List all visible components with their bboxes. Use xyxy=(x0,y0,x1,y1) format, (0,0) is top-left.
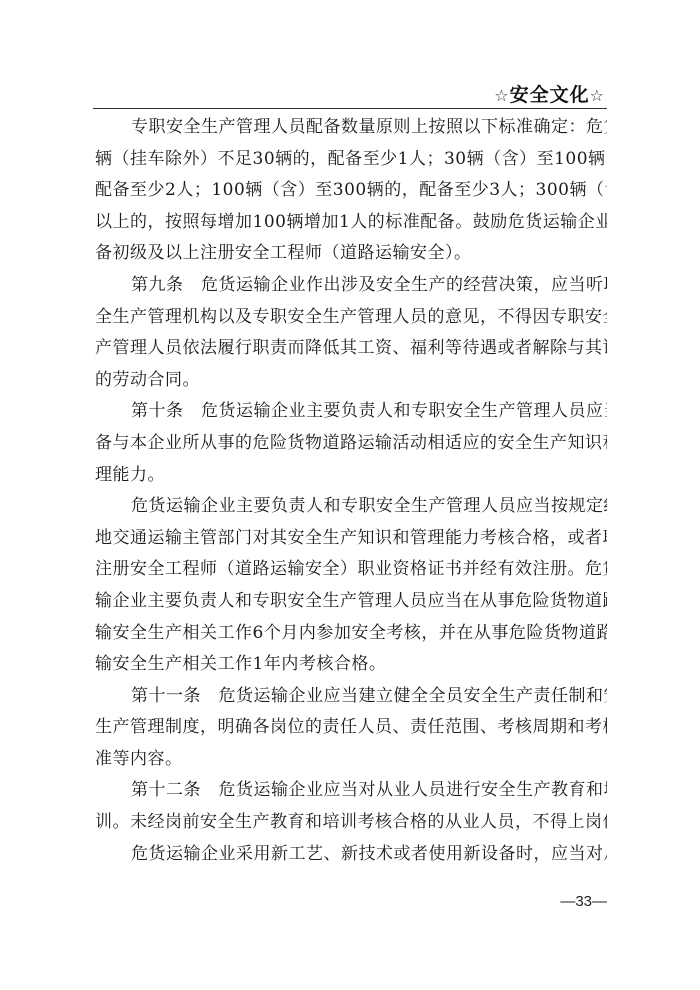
text-line: 备与本企业所从事的危险货物道路运输活动相适应的安全生产知识和管 xyxy=(95,428,607,460)
paragraph: 第十二条 危货运输企业应当对从业人员进行安全生产教育和培训。未经岗前安全生产教育… xyxy=(95,775,607,838)
paragraph: 专职安全生产管理人员配备数量原则上按照以下标准确定：危货车辆（挂车除外）不足30… xyxy=(95,112,607,270)
text-line: 输安全生产相关工作1年内考核合格。 xyxy=(95,649,607,681)
text-line: 备初级及以上注册安全工程师（道路运输安全）。 xyxy=(95,238,607,270)
text-line: 第十条 危货运输企业主要负责人和专职安全生产管理人员应当具 xyxy=(95,396,607,428)
text-line: 产管理人员依法履行职责而降低其工资、福利等待遇或者解除与其订立 xyxy=(95,333,607,365)
text-line: 准等内容。 xyxy=(95,744,607,776)
text-line: 危货运输企业采用新工艺、新技术或者使用新设备时，应当对从业 xyxy=(95,839,607,871)
star-icon: ☆ xyxy=(494,86,509,105)
text-line: 地交通运输主管部门对其安全生产知识和管理能力考核合格，或者取得 xyxy=(95,523,607,555)
text-line: 以上的，按照每增加100辆增加1人的标准配备。鼓励危货运输企业配 xyxy=(95,207,607,239)
text-line: 的劳动合同。 xyxy=(95,365,607,397)
section-title: ☆安全文化☆ xyxy=(494,80,605,107)
text-line: 理能力。 xyxy=(95,460,607,492)
text-line: 输企业主要负责人和专职安全生产管理人员应当在从事危险货物道路运 xyxy=(95,586,607,618)
text-line: 第十二条 危货运输企业应当对从业人员进行安全生产教育和培 xyxy=(95,775,607,807)
text-line: 生产管理制度，明确各岗位的责任人员、责任范围、考核周期和考核标 xyxy=(95,712,607,744)
text-line: 辆（挂车除外）不足30辆的，配备至少1人；30辆（含）至100辆的， xyxy=(95,144,607,176)
paragraph: 危货运输企业主要负责人和专职安全生产管理人员应当按规定经属地交通运输主管部门对其… xyxy=(95,491,607,681)
text-line: 输安全生产相关工作6个月内参加安全考核，并在从事危险货物道路运 xyxy=(95,618,607,650)
star-icon: ☆ xyxy=(590,86,605,105)
paragraph: 第九条 危货运输企业作出涉及安全生产的经营决策，应当听取安全生产管理机构以及专职… xyxy=(95,270,607,396)
text-line: 专职安全生产管理人员配备数量原则上按照以下标准确定：危货车 xyxy=(95,112,607,144)
paragraph: 危货运输企业采用新工艺、新技术或者使用新设备时，应当对从业 xyxy=(95,839,607,871)
text-line: 第十一条 危货运输企业应当建立健全全员安全生产责任制和安全 xyxy=(95,681,607,713)
text-line: 注册安全工程师（道路运输安全）职业资格证书并经有效注册。危货运 xyxy=(95,554,607,586)
page-header: ☆安全文化☆ xyxy=(93,78,607,109)
page-number: —33— xyxy=(560,893,607,910)
paragraph: 第十一条 危货运输企业应当建立健全全员安全生产责任制和安全生产管理制度，明确各岗… xyxy=(95,681,607,776)
text-line: 全生产管理机构以及专职安全生产管理人员的意见，不得因专职安全生 xyxy=(95,302,607,334)
document-body: 专职安全生产管理人员配备数量原则上按照以下标准确定：危货车辆（挂车除外）不足30… xyxy=(95,112,607,870)
text-line: 危货运输企业主要负责人和专职安全生产管理人员应当按规定经属 xyxy=(95,491,607,523)
text-line: 训。未经岗前安全生产教育和培训考核合格的从业人员，不得上岗作业。 xyxy=(95,807,607,839)
text-line: 配备至少2人；100辆（含）至300辆的，配备至少3人；300辆（含） xyxy=(95,175,607,207)
text-line: 第九条 危货运输企业作出涉及安全生产的经营决策，应当听取安 xyxy=(95,270,607,302)
paragraph: 第十条 危货运输企业主要负责人和专职安全生产管理人员应当具备与本企业所从事的危险… xyxy=(95,396,607,491)
section-title-text: 安全文化 xyxy=(510,84,590,106)
